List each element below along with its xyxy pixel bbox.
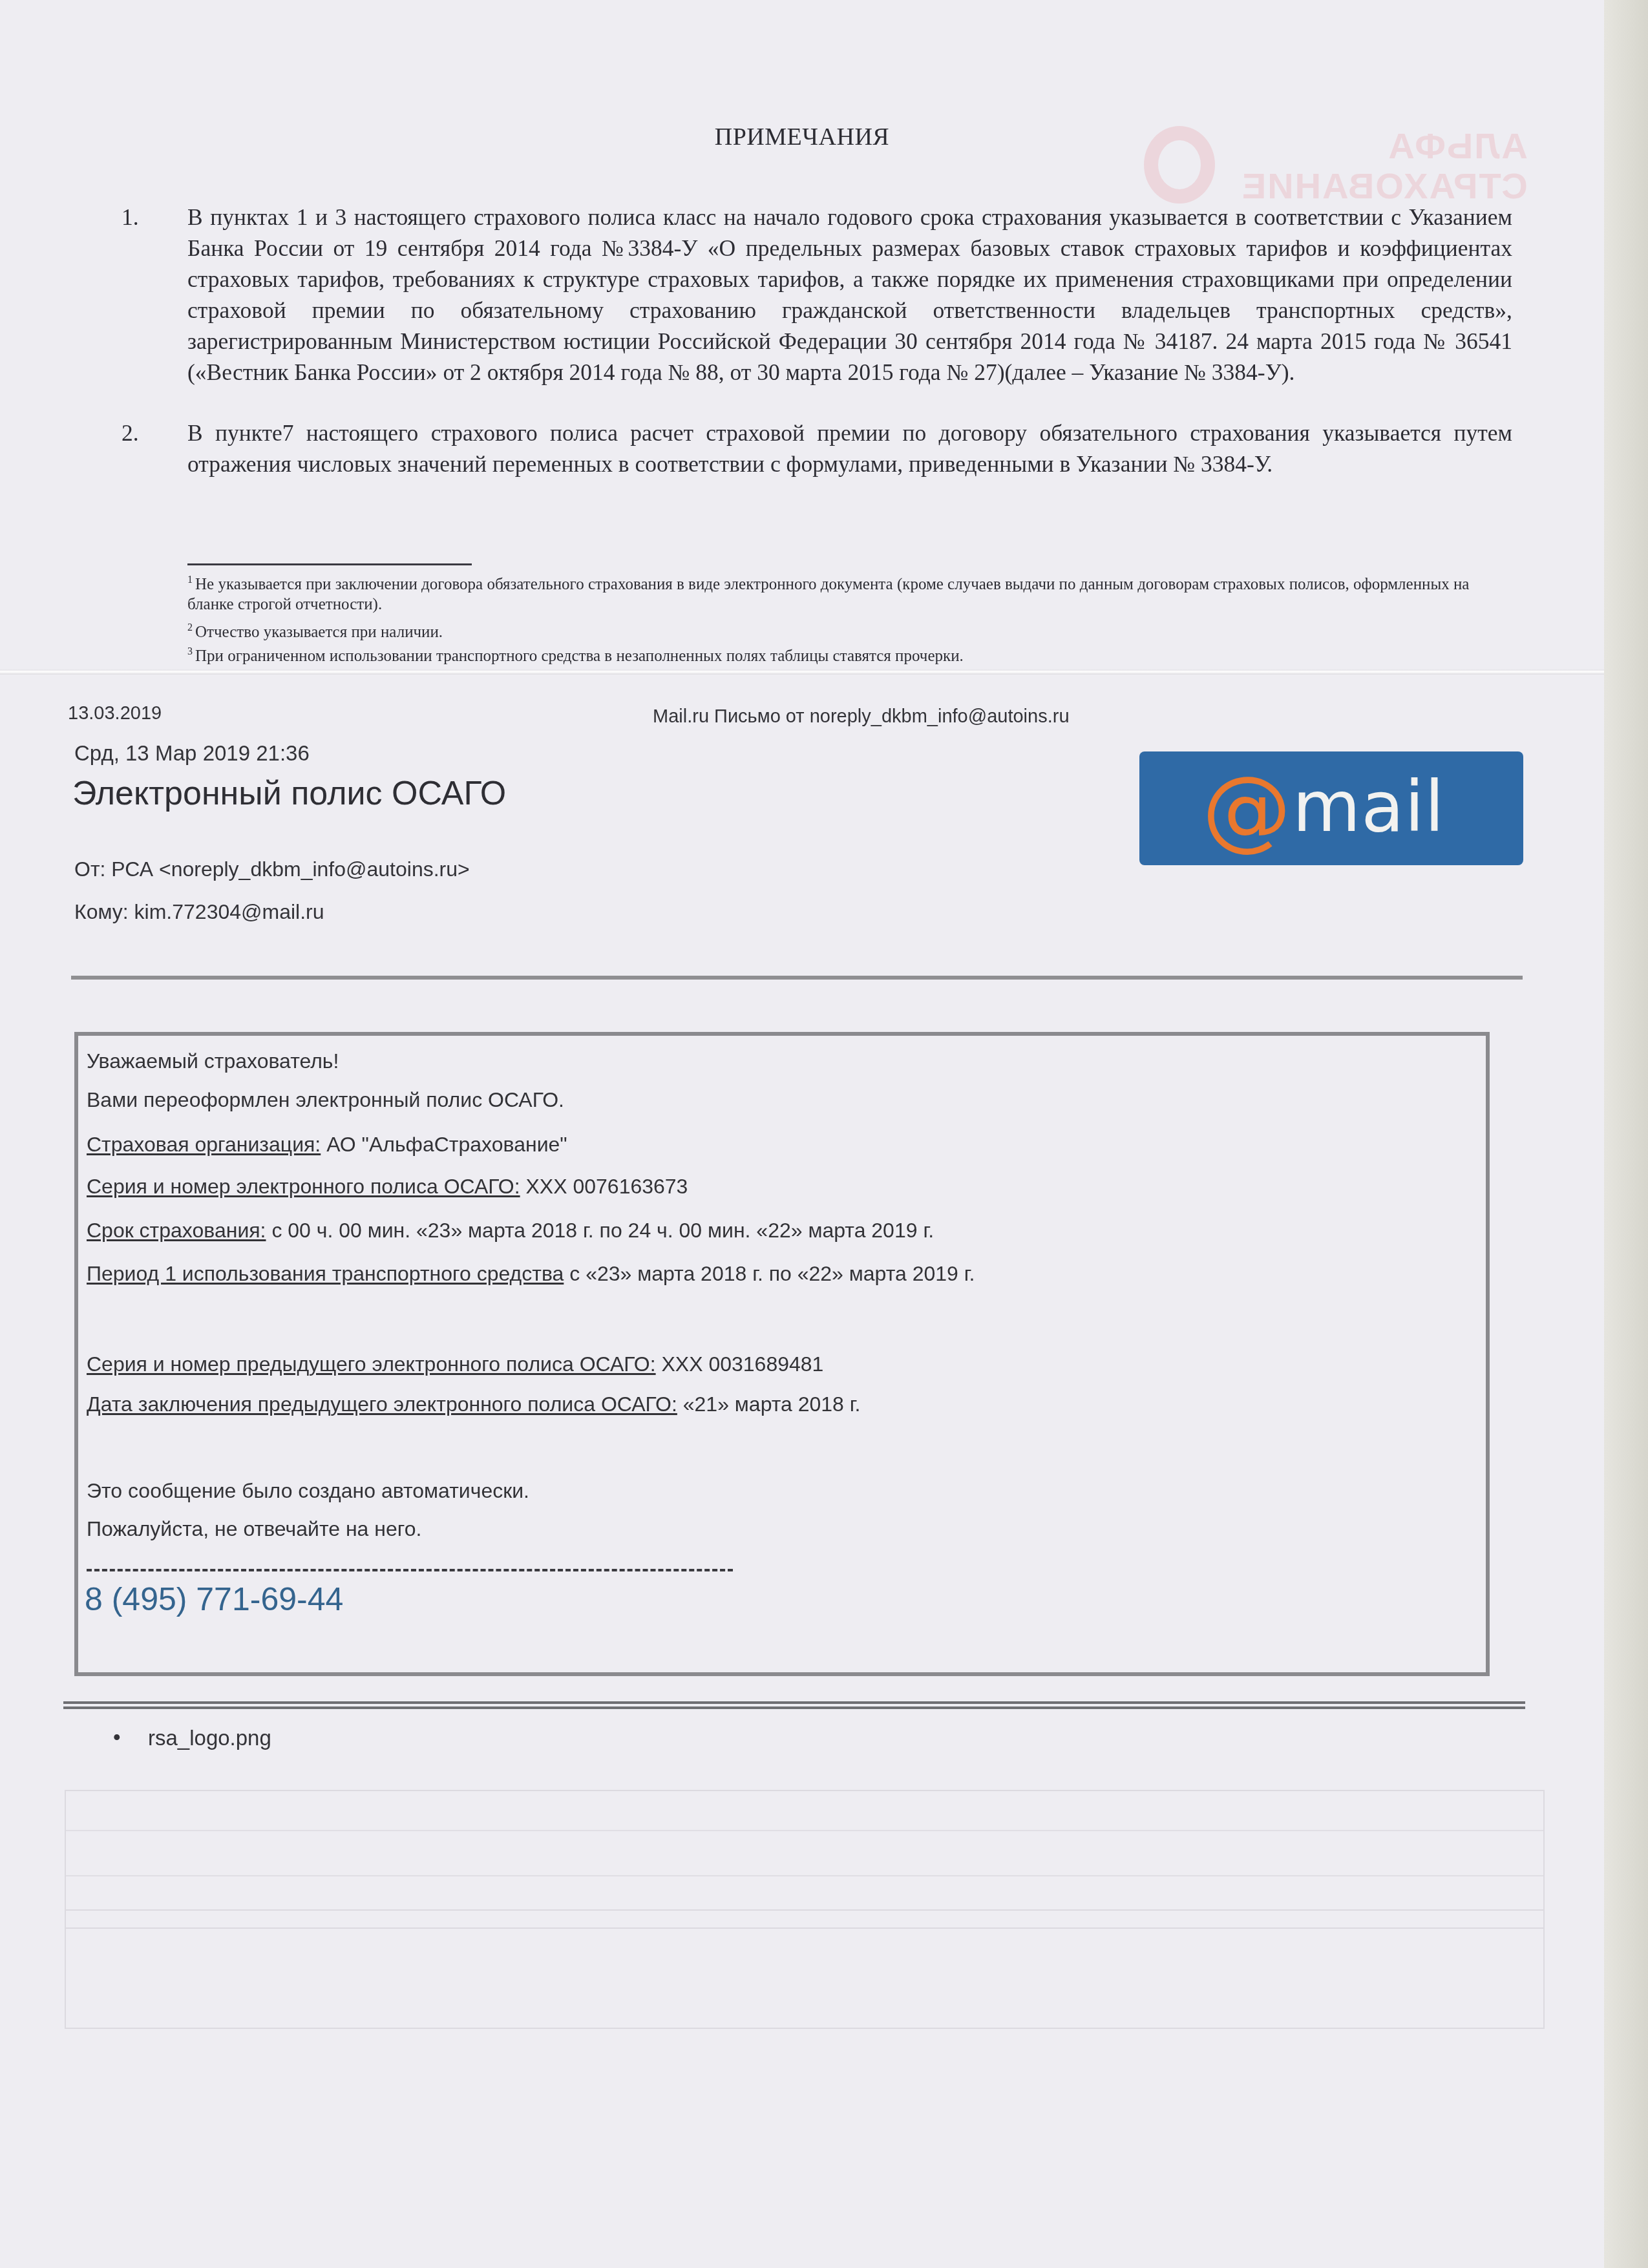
footnote-text: При ограниченном использовании транспорт… — [195, 647, 964, 665]
noreply-notice: Пожалуйста, не отвечайте на него. — [87, 1517, 421, 1541]
note-text: В пунктах 1 и 3 настоящего страхового по… — [187, 202, 1512, 388]
footnote-mark: 3 — [187, 646, 193, 657]
previous-policy-value: XXX 0031689481 — [656, 1352, 824, 1376]
insurance-term-label: Срок страхования: — [87, 1219, 266, 1242]
notes-title: ПРИМЕЧАНИЯ — [0, 123, 1604, 151]
policy-number-value: XXX 0076163673 — [520, 1175, 688, 1198]
attachment-item[interactable]: rsa_logo.png — [148, 1726, 271, 1750]
note-item: 2. В пункте7 настоящего страхового полис… — [123, 417, 1512, 479]
previous-policy-row: Серия и номер предыдущего электронного п… — [87, 1352, 823, 1376]
ghost-special-notes-box — [65, 1909, 1545, 2029]
previous-policy-label: Серия и номер предыдущего электронного п… — [87, 1352, 656, 1376]
footer-double-divider — [63, 1701, 1525, 1709]
footnote-divider — [187, 563, 472, 565]
message-body-box: Уважаемый страхователь! Вами переоформле… — [74, 1032, 1490, 1676]
header-divider — [71, 976, 1523, 980]
usage-period-row: Период 1 использования транспортного сре… — [87, 1262, 975, 1286]
previous-date-row: Дата заключения предыдущего электронного… — [87, 1392, 860, 1416]
note-number: 1. — [121, 202, 139, 233]
email-subject: Электронный полис ОСАГО — [72, 774, 506, 813]
at-sign-icon: @ — [1202, 761, 1291, 857]
mail-logo-word: mail — [1293, 759, 1444, 856]
footnote-mark: 2 — [187, 622, 193, 633]
footnote-text: Отчество указывается при наличии. — [195, 624, 443, 641]
insurer-value: АО "АльфаСтрахование" — [321, 1133, 567, 1156]
ghost-premium-table — [65, 1790, 1545, 1929]
email-sent-date: Срд, 13 Мар 2019 21:36 — [74, 741, 310, 766]
footnote: 1Не указывается при заключении договора … — [187, 570, 1480, 614]
bullet-icon: • — [113, 1725, 121, 1750]
previous-date-label: Дата заключения предыдущего электронного… — [87, 1392, 677, 1416]
greeting: Уважаемый страхователь! — [87, 1049, 339, 1073]
insurer-row: Страховая организация: АО "АльфаСтрахова… — [87, 1133, 567, 1157]
note-number: 2. — [121, 417, 139, 448]
support-phone[interactable]: 8 (495) 771-69-44 — [85, 1580, 343, 1618]
insurance-term-row: Срок страхования: с 00 ч. 00 мин. «23» м… — [87, 1219, 934, 1243]
signature-divider — [87, 1569, 733, 1571]
ghost-table-line — [66, 1830, 1543, 1831]
footnote: 2Отчество указывается при наличии. — [187, 618, 1480, 642]
reissued-notice: Вами переоформлен электронный полис ОСАГ… — [87, 1088, 564, 1112]
print-header: Mail.ru Письмо от noreply_dkbm_info@auto… — [653, 706, 1070, 728]
usage-period-label: Период 1 использования транспортного сре… — [87, 1262, 564, 1285]
policy-number-label: Серия и номер электронного полиса ОСАГО: — [87, 1175, 520, 1198]
email-to: Кому: kim.772304@mail.ru — [74, 900, 324, 924]
footnote-mark: 1 — [187, 574, 193, 585]
note-text: В пункте7 настоящего страхового полиса р… — [187, 417, 1512, 479]
note-item: 1. В пунктах 1 и 3 настоящего страхового… — [123, 202, 1512, 388]
usage-period-value: с «23» марта 2018 г. по «22» марта 2019 … — [564, 1262, 975, 1285]
print-date: 13.03.2019 — [68, 703, 162, 724]
previous-date-value: «21» марта 2018 г. — [677, 1392, 861, 1416]
auto-notice: Это сообщение было создано автоматически… — [87, 1479, 529, 1503]
ghost-table-line — [66, 1875, 1543, 1876]
paper-fold-crease — [0, 669, 1604, 675]
footnote-text: Не указывается при заключении договора о… — [187, 576, 1469, 613]
mail-ru-logo: @ mail — [1139, 751, 1523, 865]
policy-number-row: Серия и номер электронного полиса ОСАГО:… — [87, 1175, 688, 1199]
scanner-edge — [1604, 0, 1648, 2268]
footnote: 3При ограниченном использовании транспор… — [187, 642, 1480, 666]
insurer-label: Страховая организация: — [87, 1133, 321, 1156]
insurance-term-value: с 00 ч. 00 мин. «23» марта 2018 г. по 24… — [266, 1219, 934, 1242]
email-from: От: РСА <noreply_dkbm_info@autoins.ru> — [74, 857, 470, 881]
